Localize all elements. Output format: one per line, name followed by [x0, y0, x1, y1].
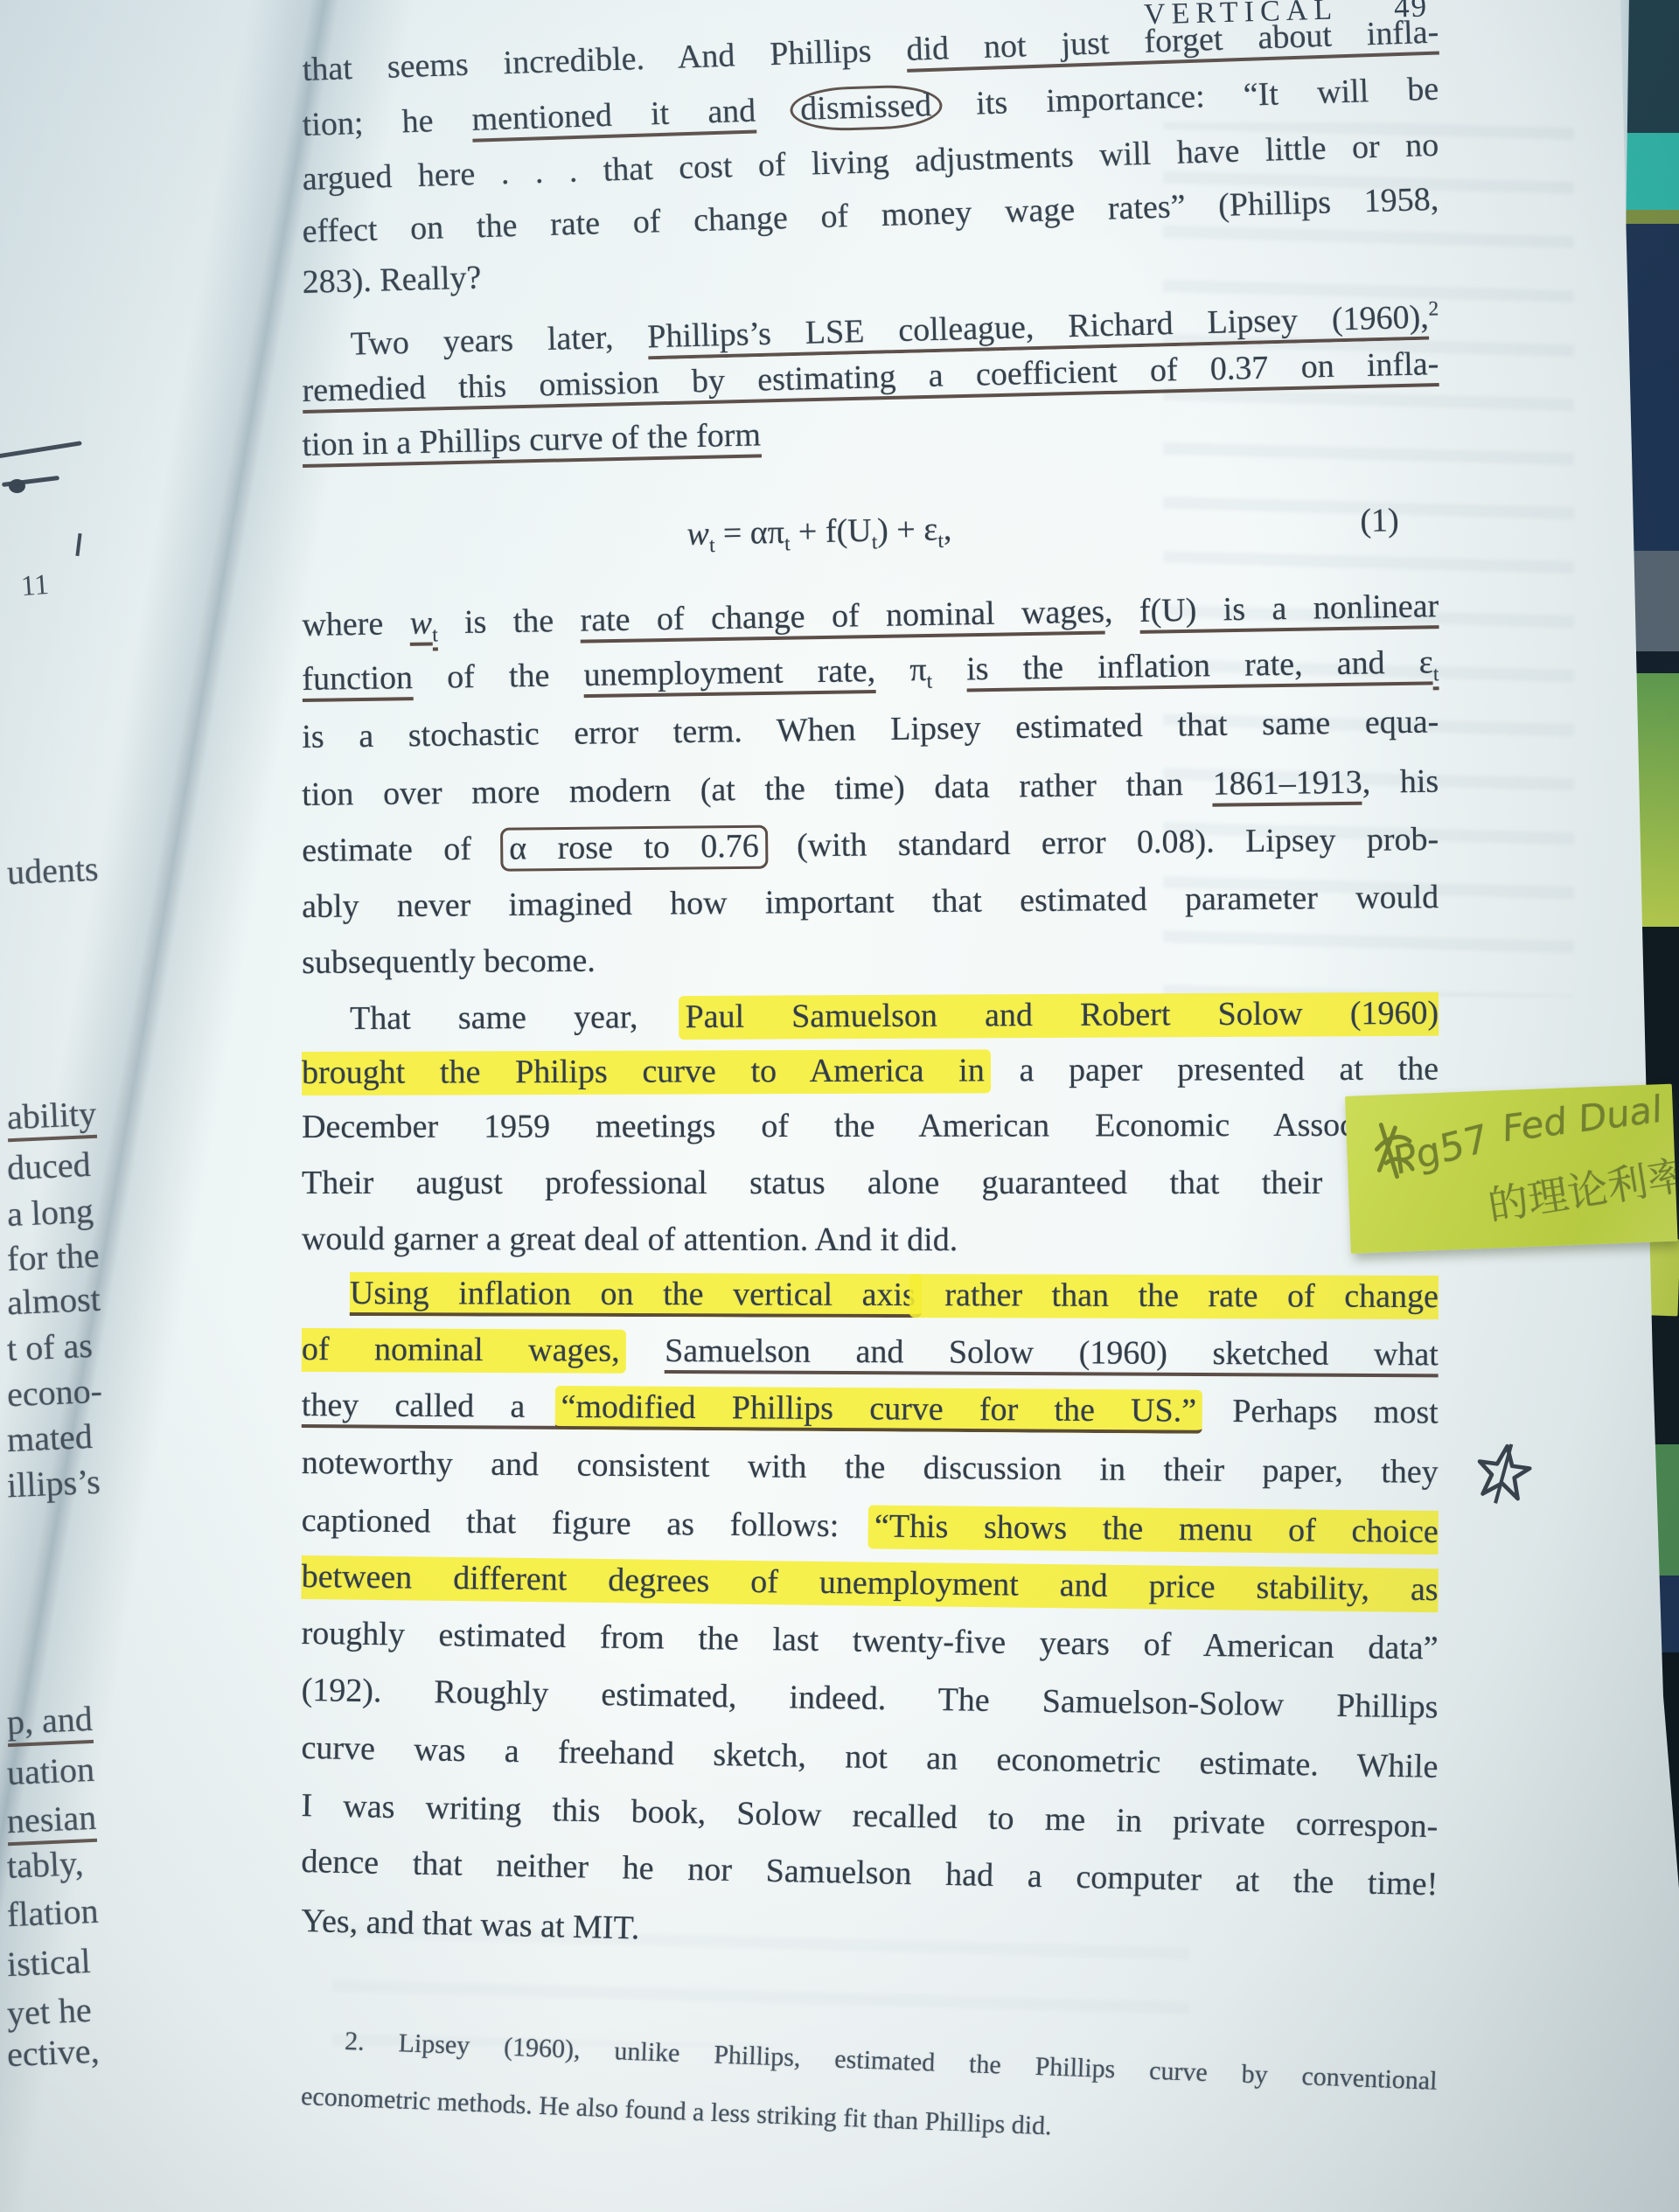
- left-page-fragment: almost: [6, 1278, 101, 1324]
- sticky-note: Pg57 Fed Dual me 的理论利率: [1345, 1084, 1678, 1254]
- text-segment: t: [1433, 663, 1439, 690]
- text-line: Using inflation on the vertical axis rat…: [350, 1271, 1439, 1327]
- text-segment: is the inflation rate, and ε: [966, 643, 1433, 692]
- left-page-fragment: yet he: [6, 1989, 93, 2034]
- text-segment: 2: [1428, 297, 1439, 320]
- text-segment: dismissed: [790, 84, 943, 133]
- text-segment: curve was a freehand sketch, not an econ…: [301, 1729, 1439, 1785]
- footnote-line: econometric methods. He also found a les…: [300, 2079, 1052, 2153]
- text-segment: mentioned it and: [471, 93, 756, 143]
- left-page-fragment: ability: [6, 1093, 97, 1142]
- left-page-fragment: t of as: [6, 1325, 94, 1369]
- text-segment: function: [302, 659, 413, 702]
- text-segment: of the: [413, 657, 584, 696]
- text-segment: f(U) is a nonlinear: [1139, 588, 1439, 634]
- text-line: roughly estimated from the last twenty-f…: [301, 1611, 1439, 1679]
- left-page-fragment: nesian: [6, 1797, 97, 1846]
- text-segment: where: [302, 605, 410, 643]
- text-segment: Two years later,: [350, 318, 648, 363]
- left-page-fragment: mated: [6, 1416, 94, 1460]
- text-segment: I was writing this book, Solow recalled …: [301, 1787, 1439, 1845]
- text-segment: roughly estimated from the last twenty-f…: [301, 1615, 1438, 1666]
- text-segment: tion; he: [302, 101, 472, 143]
- text-segment: they called a: [302, 1387, 561, 1429]
- text-segment: captioned that figure as follows:: [302, 1502, 875, 1545]
- text-line: between different degrees of unemploymen…: [301, 1555, 1439, 1620]
- star-doodle-icon: [1468, 1437, 1538, 1513]
- text-segment: Samuelson and Solow (1960) sketched what: [665, 1332, 1439, 1377]
- text-segment: brought the Philips curve to America in: [302, 1049, 991, 1096]
- text-segment: ,: [943, 511, 951, 547]
- text-segment: Yes, and that was at MIT.: [301, 1902, 640, 1947]
- text-segment: rather than the rate of change: [909, 1274, 1439, 1319]
- text-segment: that seems incredible. And Phillips: [302, 31, 907, 88]
- text-segment: 283). Really?: [302, 259, 482, 301]
- text-segment: ) + ε: [877, 511, 938, 548]
- note-handwriting-line2: 的理论利率: [1483, 1143, 1677, 1232]
- text-line: captioned that figure as follows: “This …: [301, 1499, 1439, 1562]
- text-line: December 1959 meetings of the American E…: [302, 1103, 1439, 1158]
- pen-mark-line: [0, 441, 82, 459]
- text-segment: [755, 91, 794, 129]
- text-segment: + f(U: [790, 512, 872, 551]
- text-segment: (192). Roughly estimated, indeed. The Sa…: [301, 1672, 1438, 1726]
- text-segment: w: [409, 604, 432, 645]
- text-segment: estimate of: [302, 831, 502, 869]
- text-line: subsequently become.: [302, 939, 596, 993]
- text-line: they called a “modified Phillips curve f…: [302, 1383, 1439, 1443]
- text-segment: between different degrees of unemploymen…: [301, 1555, 1439, 1612]
- text-line: Yes, and that was at MIT.: [301, 1899, 640, 1959]
- text-line: wt = απt + f(Ut) + εt,(1): [686, 507, 952, 565]
- text-segment: rate of change of nominal wages: [580, 594, 1104, 643]
- text-line: (192). Roughly estimated, indeed. The Sa…: [301, 1668, 1439, 1738]
- pen-mark-label: 11: [20, 569, 50, 603]
- text-segment: Perhaps most: [1196, 1393, 1439, 1431]
- text-segment: 1861–1913: [1212, 764, 1362, 807]
- left-page-fragment: tably,: [6, 1842, 84, 1887]
- text-line: 283). Really?: [302, 255, 482, 313]
- left-page-fragment: duced: [6, 1144, 91, 1188]
- text-segment: “modified Phillips curve for the US.”: [554, 1386, 1202, 1434]
- text-segment: 2. Lipsey (1960), unlike Phillips, estim…: [345, 2027, 1438, 2096]
- pen-tick: [75, 533, 81, 556]
- text-segment: α rose to 0.76: [500, 825, 768, 872]
- text-segment: a paper presented at the: [985, 1051, 1439, 1089]
- left-page-fragment: illips’s: [6, 1461, 101, 1506]
- left-page-fragment: flation: [6, 1890, 99, 1936]
- text-line: Their august professional status alone g…: [302, 1161, 1439, 1214]
- text-line: is a stochastic error term. When Lipsey …: [302, 699, 1439, 767]
- text-segment: noteworthy and consistent with the discu…: [302, 1444, 1439, 1491]
- text-segment: [620, 1332, 665, 1369]
- text-line: That same year, Paul Samuelson and Rober…: [350, 991, 1439, 1049]
- text-segment: December 1959 meetings of the American E…: [302, 1107, 1439, 1145]
- left-page-fragment: udents: [6, 848, 99, 894]
- text-line: tion in a Phillips curve of the form: [302, 413, 762, 476]
- text-segment: [932, 650, 967, 688]
- text-segment: is the: [437, 602, 581, 642]
- text-segment: That same year,: [350, 998, 686, 1037]
- text-line: tion over more modern (at the time) data…: [302, 760, 1439, 825]
- left-page-fragment: uation: [6, 1749, 95, 1793]
- text-segment: subsequently become.: [302, 943, 596, 981]
- left-page-fragment: for the: [6, 1235, 100, 1280]
- text-segment: t: [926, 671, 932, 693]
- text-segment: ,: [1104, 593, 1140, 630]
- text-segment: is a stochastic error term. When Lipsey …: [302, 703, 1439, 755]
- text-segment: , his: [1362, 763, 1439, 801]
- text-segment: of nominal wages,: [302, 1328, 626, 1374]
- left-page-fragment: istical: [6, 1940, 91, 1985]
- text-line: of nominal wages, Samuelson and Solow (1…: [302, 1327, 1439, 1385]
- note-handwriting-line1: Fed Dual me: [1502, 1084, 1678, 1151]
- text-line: estimate of α rose to 0.76 (with standar…: [302, 817, 1439, 881]
- equation-number: (1): [1360, 498, 1399, 543]
- text-segment: Paul Samuelson and Robert Solow (1960): [679, 992, 1439, 1040]
- text-segment: did not just forget about infla-: [906, 14, 1439, 73]
- left-page-fragment: a long: [6, 1190, 94, 1235]
- text-line: ably never imagined how important that e…: [302, 875, 1439, 937]
- text-line: would garner a great deal of attention. …: [302, 1217, 958, 1270]
- text-segment: π: [875, 651, 927, 689]
- text-segment: “This shows the menu of choice: [868, 1505, 1439, 1555]
- text-segment: econometric methods. He also found a les…: [301, 2082, 1053, 2140]
- left-page-fragment: econo-: [6, 1370, 103, 1416]
- left-page-fragment: p, and: [6, 1698, 94, 1747]
- text-segment: Using inflation on the vertical axis: [350, 1272, 922, 1318]
- text-line: brought the Philips curve to America in …: [302, 1047, 1439, 1103]
- text-segment: w: [686, 516, 709, 553]
- text-segment: unemployment rate,: [583, 652, 875, 698]
- text-segment: tion in a Phillips curve of the form: [302, 416, 761, 468]
- text-segment: its importance: “It will be: [937, 71, 1439, 123]
- pen-mark-dot: [9, 479, 25, 493]
- text-line: noteworthy and consistent with the discu…: [302, 1441, 1439, 1503]
- text-segment: would garner a great deal of attention. …: [302, 1221, 958, 1258]
- left-page-fragment: ective,: [6, 2030, 100, 2076]
- text-segment: (with standard error 0.08). Lipsey prob-: [766, 821, 1439, 865]
- text-segment: = απ: [714, 514, 784, 553]
- text-segment: Their august professional status alone g…: [302, 1165, 1439, 1201]
- text-segment: ably never imagined how important that e…: [302, 879, 1439, 925]
- text-segment: tion over more modern (at the time) data…: [302, 766, 1213, 813]
